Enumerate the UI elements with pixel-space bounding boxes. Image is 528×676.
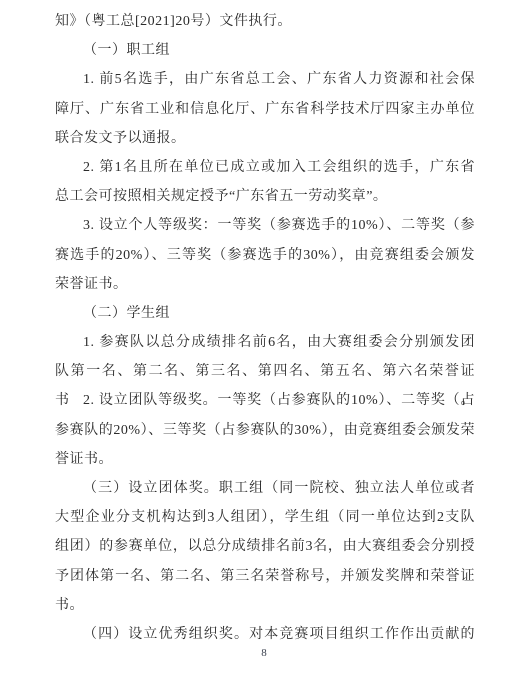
page-number: 8 — [0, 646, 528, 660]
text-line: 总工会可按照相关规定授予“广东省五一劳动奖章”。 — [55, 182, 475, 211]
text-line: 荣誉证书。 — [55, 270, 475, 299]
text-line: 联合发文予以通报。 — [55, 124, 475, 153]
text-line: 障厅、广东省工业和信息化厅、广东省科学技术厅四家主办单位 — [55, 95, 475, 124]
text-line: 参赛队的20%）、三等奖（占参赛队的30%），由竞赛组委会颁发荣 — [55, 416, 475, 445]
text-line: 予团体第一名、第二名、第三名荣誉称号，并颁发奖牌和荣誉证 — [55, 562, 475, 591]
text-line: 2. 设立团队等级奖。一等奖（占参赛队的10%）、二等奖（占 — [55, 386, 475, 415]
text-line: 队第一名、第二名、第三名、第四名、第五名、第六名荣誉证书。 — [55, 357, 475, 386]
text-line: （四）设立优秀组织奖。对本竞赛项目组织工作作出贡献的 — [55, 620, 475, 649]
text-line: （二）学生组 — [55, 299, 475, 328]
text-line: 大型企业分支机构达到3人组团），学生组（同一单位达到2支队 — [55, 503, 475, 532]
text-line: 书。 — [55, 591, 475, 620]
text-line: 1. 参赛队以总分成绩排名前6名，由大赛组委会分别颁发团 — [55, 328, 475, 357]
text-line: （三）设立团体奖。职工组（同一院校、独立法人单位或者 — [55, 474, 475, 503]
document-body: 知》（粤工总[2021]20号）文件执行。 （一）职工组 1. 前5名选手，由广… — [55, 7, 475, 649]
text-line: 2. 第1名且所在单位已成立或加入工会组织的选手，广东省 — [55, 153, 475, 182]
text-line: 知》（粤工总[2021]20号）文件执行。 — [55, 7, 475, 36]
text-line: 1. 前5名选手，由广东省总工会、广东省人力资源和社会保 — [55, 65, 475, 94]
document-page: 知》（粤工总[2021]20号）文件执行。 （一）职工组 1. 前5名选手，由广… — [0, 0, 528, 676]
text-line: 誉证书。 — [55, 445, 475, 474]
text-line: 赛选手的20%）、三等奖（参赛选手的30%），由竞赛组委会颁发 — [55, 241, 475, 270]
text-line: 3. 设立个人等级奖：一等奖（参赛选手的10%）、二等奖（参 — [55, 211, 475, 240]
text-line: （一）职工组 — [55, 36, 475, 65]
text-line: 组团）的参赛单位，以总分成绩排名前3名，由大赛组委会分别授 — [55, 532, 475, 561]
